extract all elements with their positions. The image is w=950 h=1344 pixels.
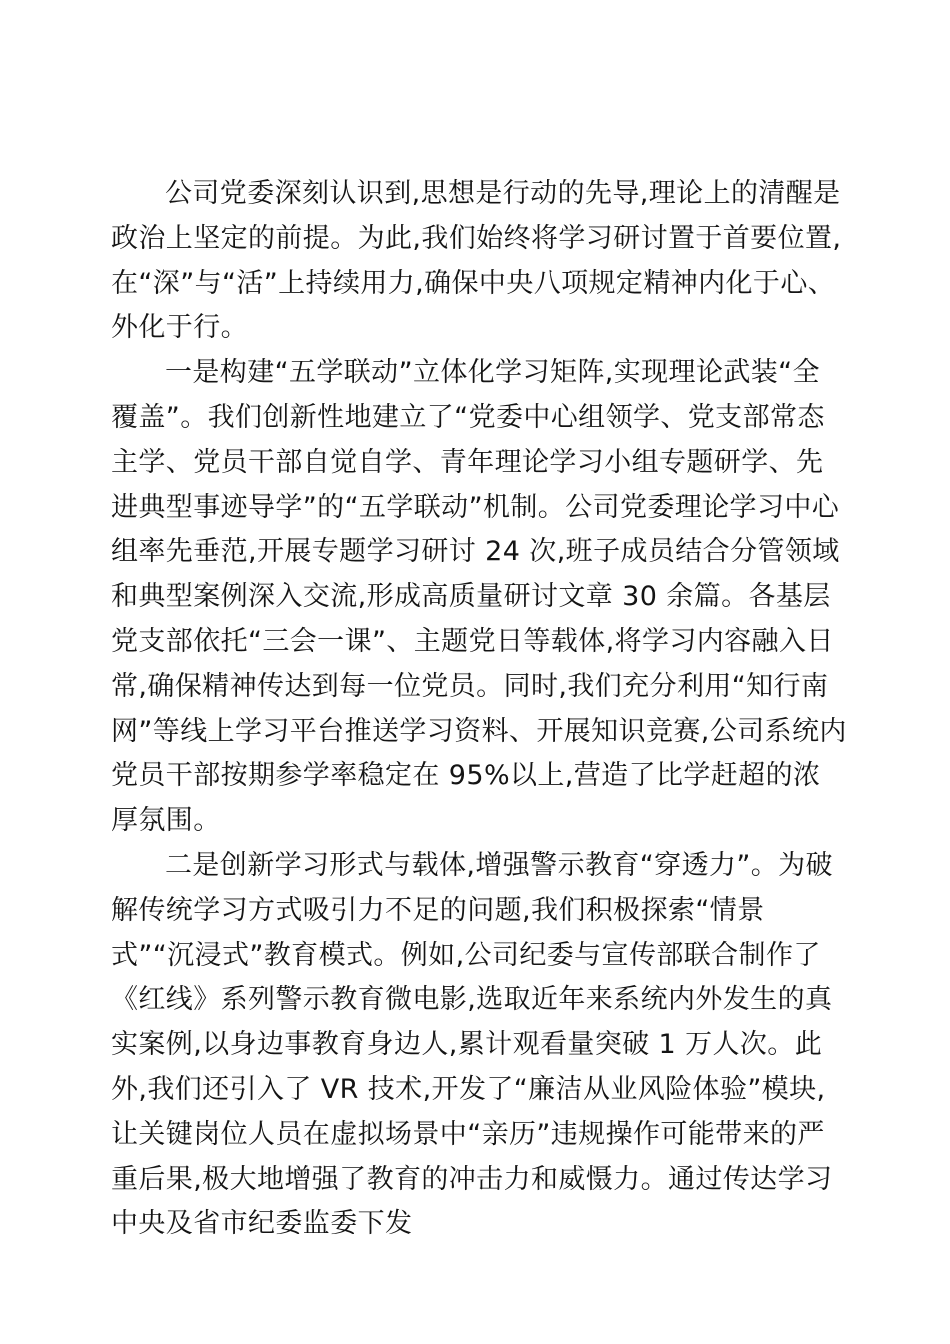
paragraph-point-one: 一是构建“五学联动”立体化学习矩阵,实现理论武装“全覆盖”。我们创新性地建立了“… (111, 351, 847, 844)
document-page: { "page": { "background_color": "#ffffff… (0, 0, 950, 1344)
paragraph-intro: 公司党委深刻认识到,思想是行动的先导,理论上的清醒是政治上坚定的前提。为此,我们… (111, 172, 847, 351)
document-text-block: 公司党委深刻认识到,思想是行动的先导,理论上的清醒是政治上坚定的前提。为此,我们… (111, 172, 847, 1247)
document-canvas: 公司党委深刻认识到,思想是行动的先导,理论上的清醒是政治上坚定的前提。为此,我们… (0, 0, 950, 1344)
paragraph-point-two: 二是创新学习形式与载体,增强警示教育“穿透力”。为破解传统学习方式吸引力不足的问… (111, 844, 847, 1247)
